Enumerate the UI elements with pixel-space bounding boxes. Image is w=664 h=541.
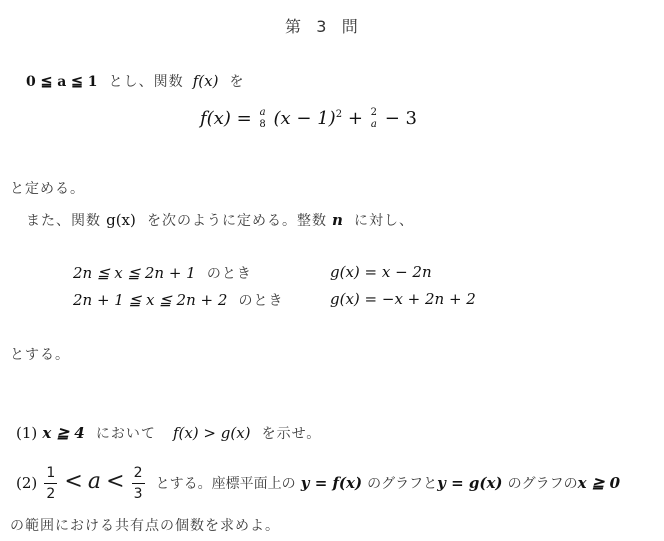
case-1-condition: 2n ≦ x ≦ 2n + 1: [73, 264, 196, 282]
g-intro-text: また、関数: [26, 213, 101, 229]
g-intro-text2: を次のように定める。整数: [147, 213, 327, 229]
g-intro-text3: に対し、: [354, 213, 414, 229]
gx-symbol: g(x): [106, 211, 136, 229]
frac-denominator: 3: [132, 484, 145, 501]
intro-line: 0 ≦ a ≦ 1 とし、関数 f(x) を: [26, 71, 245, 91]
f-lhs: f(x) =: [200, 108, 252, 129]
q2-line2: の範囲における共有点の個数を求めよ。: [10, 515, 280, 535]
q2-text3: のグラフの: [508, 476, 578, 492]
f-definition-equation: f(x) = a 8 (x − 1)2 + 2 a − 3: [200, 108, 417, 130]
q1-inequality: f(x) > g(x): [173, 424, 251, 442]
frac-denominator: 2: [44, 484, 57, 501]
intro-text: とし、関数: [109, 74, 184, 90]
q2-a-symbol: a: [88, 469, 101, 494]
fraction-2-over-a: 2 a: [371, 108, 377, 130]
fx-symbol: f(x): [193, 72, 219, 90]
title-prefix: 第: [285, 17, 301, 36]
q2-y-f: y = f(x): [301, 474, 362, 492]
intro-text-wo: を: [230, 74, 245, 90]
q2-y-g: y = g(x): [437, 474, 502, 492]
case-1-expression: g(x) = x − 2n: [330, 263, 432, 281]
q2-range: x ≧ 0: [578, 474, 620, 492]
q2-text2: のグラフと: [367, 476, 437, 492]
q2-less-than-1: <: [64, 469, 82, 494]
suru-text: とする。: [10, 344, 70, 364]
case-1-when: のとき: [207, 266, 252, 282]
q1-label: (1): [16, 424, 37, 442]
frac-denominator: a: [371, 119, 377, 130]
f-exponent: 2: [336, 109, 342, 120]
frac-numerator: 2: [132, 466, 145, 484]
q1-condition: x ≧ 4: [42, 424, 84, 442]
q1-text1: において: [96, 426, 156, 442]
q1-text2: を示せ。: [262, 426, 322, 442]
f-middle: (x − 1): [274, 108, 336, 129]
q2-label: (2): [16, 474, 37, 492]
frac-numerator: a: [259, 108, 265, 119]
q2-less-than-2: <: [106, 469, 124, 494]
problem-title: 第 3 問: [285, 14, 358, 37]
f-tail: − 3: [385, 108, 417, 129]
case-row-2: 2n + 1 ≦ x ≦ 2n + 2 のとき: [73, 290, 283, 310]
question-1: (1) x ≧ 4 において f(x) > g(x) を示せ。: [16, 423, 321, 443]
title-number: 3: [316, 17, 326, 36]
q2-text1: とする。座標平面上の: [156, 476, 296, 492]
n-symbol: n: [332, 211, 343, 229]
q2-fraction-2-3: 2 3: [132, 466, 145, 501]
question-2: (2) 1 2 < a < 2 3 とする。座標平面上の y = f(x) のグ…: [16, 460, 620, 506]
case-2-expression: g(x) = −x + 2n + 2: [330, 290, 476, 308]
case-row-1: 2n ≦ x ≦ 2n + 1 のとき: [73, 263, 252, 283]
g-intro-line: また、関数 g(x) を次のように定める。整数 n に対し、: [26, 210, 414, 230]
title-suffix: 問: [342, 17, 358, 36]
f-plus: +: [348, 108, 363, 129]
frac-numerator: 1: [44, 466, 57, 484]
frac-denominator: 8: [259, 119, 265, 130]
case-2-when: のとき: [238, 293, 283, 309]
a-range-condition: 0 ≦ a ≦ 1: [26, 74, 98, 90]
q2-fraction-1-2: 1 2: [44, 466, 57, 501]
frac-numerator: 2: [371, 108, 377, 119]
case-2-condition: 2n + 1 ≦ x ≦ 2n + 2: [73, 291, 227, 309]
define-text: と定める。: [10, 178, 85, 198]
fraction-a-over-8: a 8: [259, 108, 265, 130]
